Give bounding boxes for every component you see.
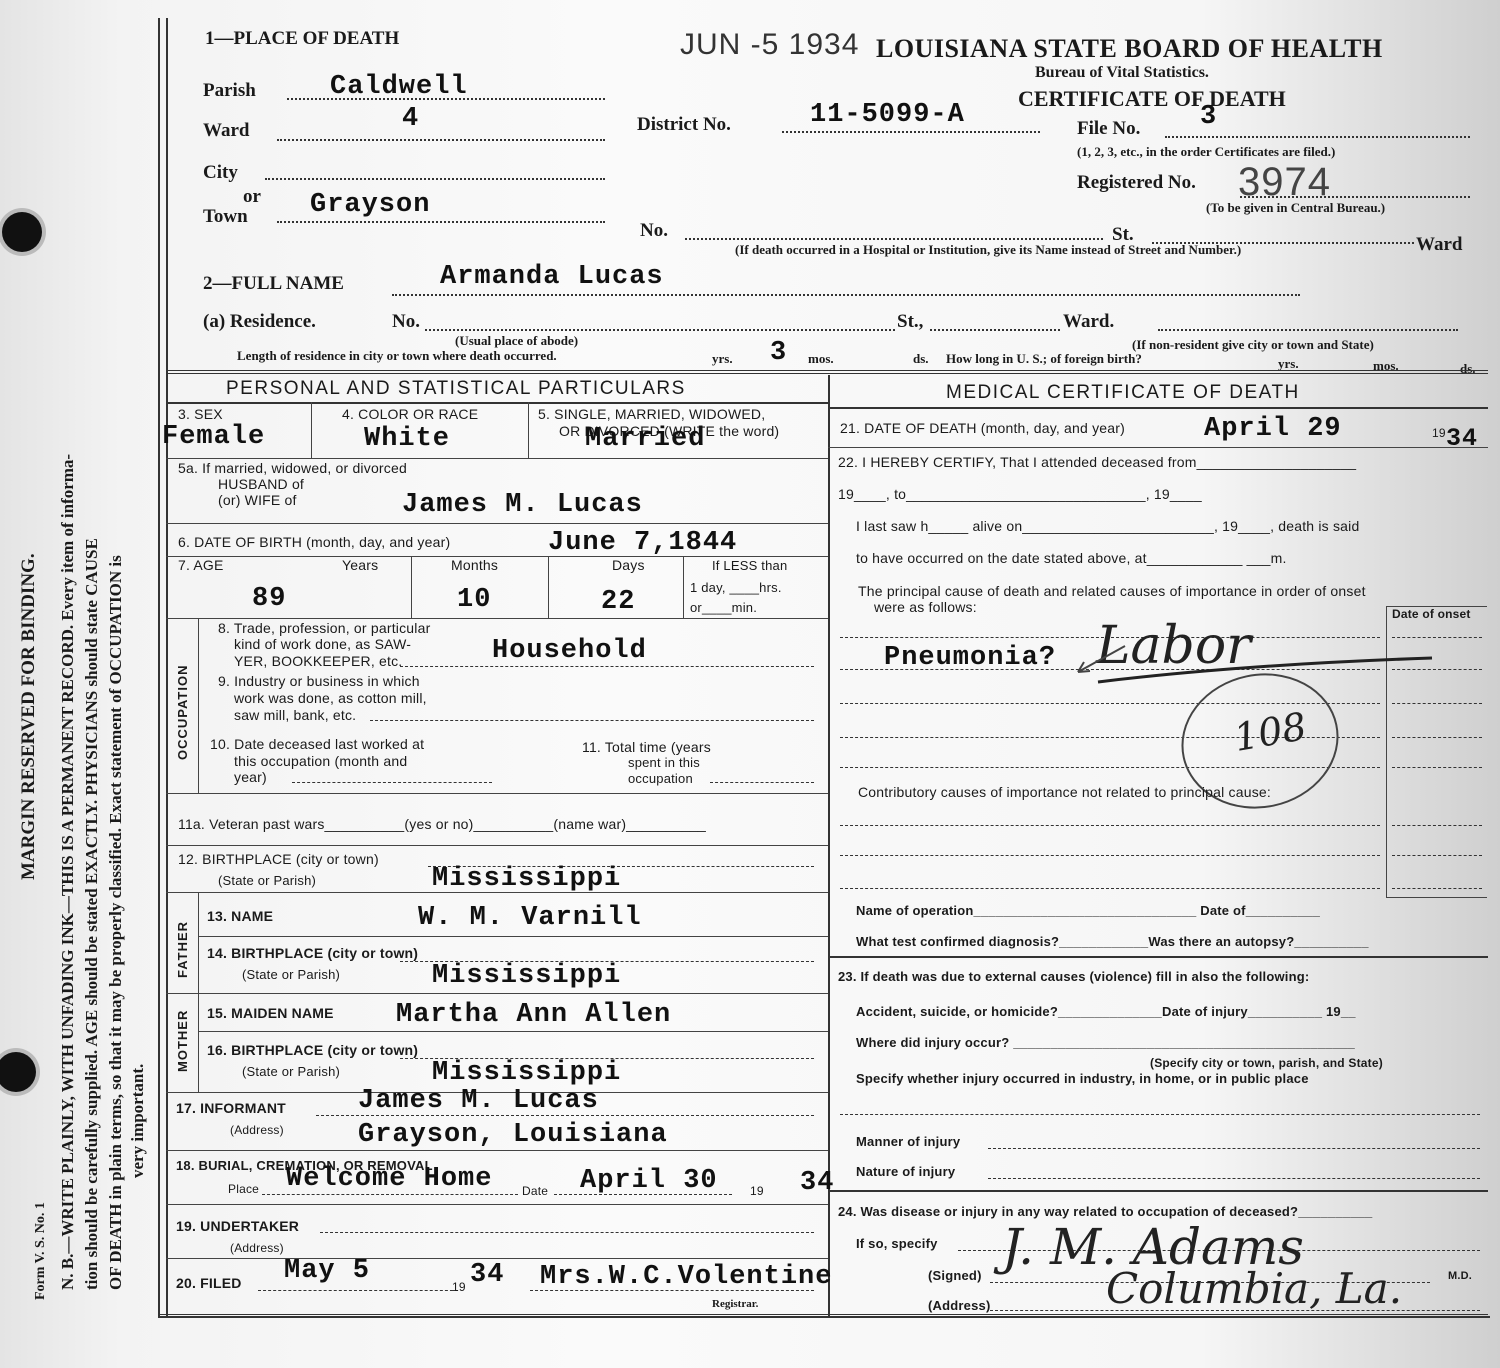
burial-year-prefix: 19 <box>750 1184 764 1198</box>
undertaker-line <box>320 1232 814 1233</box>
row-rule-11 <box>166 793 828 794</box>
onset-line-7 <box>1392 855 1482 856</box>
sex-label: 3. SEX <box>178 406 223 422</box>
agency-title: LOUISIANA STATE BOARD OF HEALTH <box>876 34 1383 64</box>
instruction-line-4: very important. <box>128 1064 148 1178</box>
trade-value: Household <box>492 636 647 666</box>
sex-race-divider <box>311 402 312 458</box>
last-worked-label-1: 10. Date deceased last worked at <box>210 736 424 752</box>
father-state-label: (State or Parish) <box>242 967 340 982</box>
undertaker-address-label: (Address) <box>230 1241 284 1255</box>
birthplace-label: 12. BIRTHPLACE (city or town) <box>178 851 379 867</box>
trade-label-2: kind of work done, as SAW- <box>234 636 411 652</box>
less-than-label-3: or____min. <box>690 600 757 615</box>
foreign-ds-label: ds. <box>1460 361 1476 377</box>
total-time-label-3: occupation <box>628 771 693 786</box>
occupation-tab-label: OCCUPATION <box>175 665 190 760</box>
personal-title-rule <box>166 402 828 404</box>
age-days-value: 22 <box>601 587 635 617</box>
district-value: 11-5099-A <box>810 100 965 130</box>
onset-line-3 <box>1392 703 1482 704</box>
father-name-label: 13. NAME <box>207 908 273 924</box>
total-time-label-2: spent in this <box>628 755 700 770</box>
city-label: City <box>203 162 238 184</box>
certificate-title: CERTIFICATE OF DEATH <box>1018 86 1286 112</box>
occupation-tab-divider <box>198 618 199 793</box>
dod-year-value: 34 <box>1446 424 1478 453</box>
binding-hole-bottom <box>0 1052 36 1092</box>
birthplace-state-label: (State or Parish) <box>218 873 316 888</box>
residence-ward-line <box>1158 329 1458 331</box>
onset-line-6 <box>1392 825 1482 826</box>
nonresident-note: (If non-resident give city or town and S… <box>1132 337 1374 353</box>
industry-label-1: 9. Industry or business in which <box>218 673 420 689</box>
total-time-label-1: 11. Total time (years <box>582 739 711 755</box>
burial-date-value: April 30 <box>580 1166 718 1196</box>
row-rule-12 <box>166 892 828 893</box>
dod-label: 21. DATE OF DEATH (month, day, and year) <box>840 420 1125 436</box>
trade-line <box>400 666 814 667</box>
file-no-line <box>1165 136 1470 138</box>
total-time-line <box>710 782 814 783</box>
length-of-residence-label: Length of residence in city or town wher… <box>237 348 557 364</box>
full-name-line <box>392 294 1300 296</box>
contributory-line-3 <box>840 888 1380 889</box>
last-worked-label-2: this occupation (month and <box>234 753 407 769</box>
mother-name-value: Martha Ann Allen <box>396 1000 671 1030</box>
contributory-line-2 <box>840 855 1380 856</box>
row-rule-19 <box>166 1258 828 1259</box>
dob-label: 6. DATE OF BIRTH (month, day, and year) <box>178 534 450 550</box>
length-ds-label: ds. <box>913 351 929 367</box>
header-divider <box>166 370 1488 374</box>
parish-label: Parish <box>203 80 256 102</box>
bureau-title: Bureau of Vital Statistics. <box>1035 64 1209 82</box>
specify-place-line <box>840 1114 1480 1115</box>
abode-note: (Usual place of abode) <box>455 333 578 349</box>
town-line <box>277 221 605 223</box>
industry-label-2: work was done, as cotton mill, <box>234 690 427 706</box>
registered-no-label: Registered No. <box>1077 172 1196 194</box>
row-rule-18 <box>166 1204 828 1205</box>
marital-label-1: 5. SINGLE, MARRIED, WIDOWED, <box>538 406 765 422</box>
ward-label: Ward <box>203 120 249 142</box>
months-label: Months <box>451 557 498 573</box>
row-rule-5 <box>166 458 828 459</box>
length-mos-label: mos. <box>808 351 834 367</box>
days-label: Days <box>612 557 645 573</box>
principal-cause-value: Pneumonia? <box>884 643 1056 673</box>
town-value: Grayson <box>310 190 430 220</box>
informant-address-label: (Address) <box>230 1123 284 1137</box>
street-no-line <box>685 238 1103 240</box>
industry-line <box>370 720 814 721</box>
residence-no-line <box>425 329 895 331</box>
medical-section-title: MEDICAL CERTIFICATE OF DEATH <box>946 382 1300 404</box>
sex-value: Female <box>162 422 265 452</box>
last-worked-line <box>292 782 492 783</box>
length-yrs-label: yrs. <box>712 351 733 367</box>
years-label: Years <box>342 557 378 573</box>
injury-where-label: Where did injury occur? ________________… <box>856 1035 1355 1050</box>
instruction-line-1: N. B.—WRITE PLAINLY, WITH UNFADING INK—T… <box>58 454 78 1290</box>
spouse-label-1: 5a. If married, widowed, or divorced <box>178 460 407 476</box>
manner-of-injury-line <box>988 1148 1480 1149</box>
onset-line-5 <box>1392 767 1482 768</box>
onset-line-8 <box>1392 888 1482 889</box>
spouse-label-3: (or) WIFE of <box>218 492 297 508</box>
father-name-value: W. M. Varnill <box>418 903 642 933</box>
operation-label: Name of operation_______________________… <box>856 903 1320 918</box>
burial-date-label: Date <box>522 1184 548 1198</box>
residence-ward-label: Ward. <box>1063 311 1114 333</box>
marital-value: Married <box>585 424 705 454</box>
father-tab-label: FATHER <box>175 921 190 978</box>
mother-name-label: 15. MAIDEN NAME <box>207 1005 334 1021</box>
registrar-label: Registrar. <box>712 1298 758 1310</box>
if-so-specify-label: If so, specify <box>856 1236 938 1251</box>
instruction-line-2: tion should be carefully supplied. AGE s… <box>82 538 102 1290</box>
burial-place-value: Welcome Home <box>286 1164 492 1194</box>
certify-line-2: 19____, to______________________________… <box>838 486 1202 502</box>
medical-title-rule <box>828 407 1488 409</box>
birthplace-value: Mississippi <box>432 864 621 894</box>
race-marital-divider <box>528 402 529 458</box>
informant-label: 17. INFORMANT <box>176 1100 286 1116</box>
trade-label-1: 8. Trade, profession, or particular <box>218 620 430 636</box>
race-label: 4. COLOR OR RACE <box>342 406 478 422</box>
mother-state-label: (State or Parish) <box>242 1064 340 1079</box>
form-number: Form V. S. No. 1 <box>33 1202 49 1300</box>
father-birthplace-value: Mississippi <box>432 961 621 991</box>
burial-place-label: Place <box>228 1182 259 1196</box>
hospital-note: (If death occurred in a Hospital or Inst… <box>735 242 1241 258</box>
ward-line <box>277 139 605 141</box>
filed-year-prefix: 19 <box>452 1280 466 1294</box>
industry-label-3: saw mill, bank, etc. <box>234 707 356 723</box>
physician-address-value: Columbia, La. <box>1106 1264 1402 1313</box>
row-rule-5a <box>166 523 828 524</box>
filed-year-value: 34 <box>470 1260 504 1290</box>
district-line <box>782 131 1040 133</box>
med-rule-23 <box>828 1190 1488 1192</box>
row-rule-11a <box>166 845 828 846</box>
onset-line-4 <box>1392 737 1482 738</box>
age-divider-2 <box>548 556 549 618</box>
med-rule-22 <box>828 956 1488 958</box>
specify-place-label: Specify whether injury occurred in indus… <box>856 1071 1309 1086</box>
row-rule-13 <box>198 936 828 937</box>
full-name-label: 2—FULL NAME <box>203 273 344 295</box>
town-label: Town <box>203 206 248 228</box>
row-rule-17 <box>166 1150 828 1151</box>
nature-of-injury-label: Nature of injury <box>856 1164 955 1179</box>
residence-st-label: St., <box>897 311 923 333</box>
parents-tab-divider <box>198 892 199 1092</box>
ward-value: 4 <box>402 104 419 134</box>
place-of-death-title: 1—PLACE OF DEATH <box>205 28 399 50</box>
age-divider-3 <box>683 556 684 618</box>
burial-place-line <box>262 1194 518 1195</box>
form-bottom-rule <box>158 1314 1488 1318</box>
age-label: 7. AGE <box>178 557 224 573</box>
row-rule-7 <box>166 618 828 619</box>
district-label: District No. <box>637 114 731 136</box>
mother-birthplace-value: Mississippi <box>432 1058 621 1088</box>
filed-date-value: May 5 <box>284 1256 370 1286</box>
certify-line-3: I last saw h_____ alive on______________… <box>856 518 1359 534</box>
registered-no-note: (To be given in Central Bureau.) <box>1206 200 1385 216</box>
row-rule-14 <box>166 993 828 994</box>
veteran-label: 11a. Veteran past wars__________(yes or … <box>178 816 706 832</box>
street-ward-label: Ward <box>1416 234 1462 256</box>
personal-section-title: PERSONAL AND STATISTICAL PARTICULARS <box>226 378 686 400</box>
file-no-label: File No. <box>1077 118 1140 140</box>
residence-label: (a) Residence. <box>203 311 316 333</box>
diagnosis-label: What test confirmed diagnosis?__________… <box>856 934 1369 949</box>
med-rule-21 <box>828 447 1488 448</box>
received-date-stamp: JUN -5 1934 <box>680 28 859 62</box>
death-certificate-page: MARGIN RESERVED FOR BINDING. Form V. S. … <box>0 0 1500 1368</box>
city-line <box>265 178 605 180</box>
occupation-related-label: 24. Was disease or injury in any way rel… <box>838 1204 1373 1219</box>
nature-of-injury-line <box>988 1178 1480 1179</box>
street-no-label: No. <box>640 220 668 242</box>
full-name-value: Armanda Lucas <box>440 262 664 292</box>
registered-no-value: 3974 <box>1238 160 1331 205</box>
accident-label: Accident, suicide, or homicide?_________… <box>856 1004 1356 1019</box>
signed-label: (Signed) <box>928 1268 982 1283</box>
file-no-note: (1, 2, 3, etc., in the order Certificate… <box>1077 144 1335 160</box>
or-label: or <box>243 186 261 208</box>
dod-year-prefix: 19 <box>1432 426 1446 440</box>
residence-st-line <box>930 329 1060 331</box>
last-worked-label-3: year) <box>234 769 267 785</box>
spouse-label-2: HUSBAND of <box>218 476 304 492</box>
contributory-label: Contributory causes of importance not re… <box>858 784 1271 800</box>
undertaker-label: 19. UNDERTAKER <box>176 1218 299 1234</box>
less-than-label-1: If LESS than <box>712 558 787 573</box>
informant-address-value: Grayson, Louisiana <box>358 1120 668 1150</box>
signed-suffix: M.D. <box>1448 1270 1472 1282</box>
mother-birthplace-label: 16. BIRTHPLACE (city or town) <box>207 1042 418 1058</box>
cause-intro-line-1: The principal cause of death and related… <box>858 583 1366 599</box>
file-no-value: 3 <box>1200 102 1217 132</box>
age-years-value: 89 <box>252 584 286 614</box>
physician-address-label: (Address) <box>928 1298 990 1313</box>
binding-hole-top <box>2 212 42 252</box>
onset-line-1 <box>1392 637 1482 638</box>
registrar-value: Mrs.W.C.Volentine <box>540 1262 832 1292</box>
informant-value: James M. Lucas <box>358 1086 599 1116</box>
foreign-birth-label: How long in U. S.; of foreign birth? <box>946 351 1142 367</box>
filed-label: 20. FILED <box>176 1275 242 1291</box>
less-than-label-2: 1 day, ____hrs. <box>690 580 782 595</box>
margin-binding-note: MARGIN RESERVED FOR BINDING. <box>18 553 40 880</box>
mother-tab-label: MOTHER <box>175 1010 190 1072</box>
dob-value: June 7,1844 <box>548 528 737 558</box>
manner-of-injury-label: Manner of injury <box>856 1134 960 1149</box>
age-months-value: 10 <box>457 585 491 615</box>
parish-value: Caldwell <box>330 72 468 102</box>
specify-location-note: (Specify city or town, parish, and State… <box>1150 1056 1383 1070</box>
date-of-onset-header: Date of onset <box>1392 607 1471 621</box>
contributory-line-1 <box>840 825 1380 826</box>
certify-line-1: 22. I HEREBY CERTIFY, That I attended de… <box>838 454 1356 470</box>
external-causes-label: 23. If death was due to external causes … <box>838 969 1309 984</box>
race-value: White <box>364 424 450 454</box>
filed-date-line <box>258 1290 458 1291</box>
row-rule-15 <box>198 1031 828 1032</box>
spouse-value: James M. Lucas <box>402 490 643 520</box>
residence-no-label: No. <box>392 311 420 333</box>
cause-intro-line-2: were as follows: <box>874 599 977 615</box>
length-of-residence-value: 3 <box>770 338 787 368</box>
certify-line-4: to have occurred on the date stated abov… <box>856 550 1287 566</box>
burial-year-value: 34 <box>800 1168 834 1198</box>
dod-value: April 29 <box>1204 414 1342 444</box>
trade-label-3: YER, BOOKKEEPER, etc. <box>234 653 402 669</box>
age-divider-1 <box>411 556 412 618</box>
father-birthplace-label: 14. BIRTHPLACE (city or town) <box>207 945 418 961</box>
instruction-line-3: OF DEATH in plain terms, so that it may … <box>106 555 126 1290</box>
form-border-left-inner <box>166 18 168 1316</box>
